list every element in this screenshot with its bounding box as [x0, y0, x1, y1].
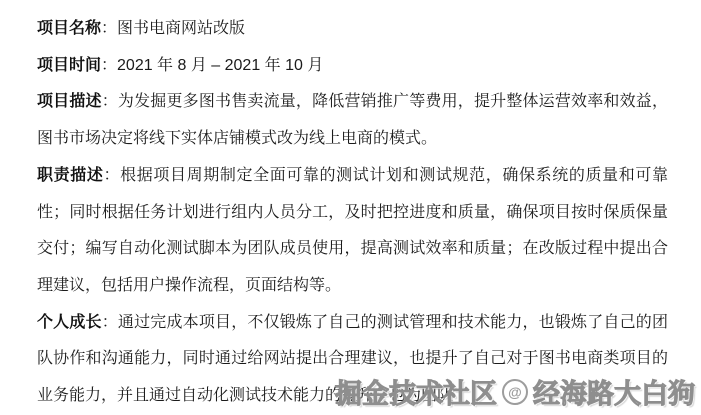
- section-project-time: 项目时间：2021 年 8 月 – 2021 年 10 月: [37, 48, 668, 85]
- section-project-description: 项目描述：为发掘更多图书售卖流量，降低营销推广等费用，提升整体运营效率和效益，图…: [37, 84, 668, 157]
- project-time-label: 项目时间: [37, 57, 101, 74]
- project-name-value: ：图书电商网站改版: [101, 20, 245, 37]
- project-description-value: ：为发掘更多图书售卖流量，降低营销推广等费用，提升整体运营效率和效益，图书市场决…: [37, 93, 668, 147]
- project-time-value: ：2021 年 8 月 – 2021 年 10 月: [101, 57, 323, 74]
- personal-growth-label: 个人成长: [37, 314, 102, 331]
- document-content: 项目名称：图书电商网站改版 项目时间：2021 年 8 月 – 2021 年 1…: [0, 0, 701, 415]
- section-responsibility-description: 职责描述：根据项目周期制定全面可靠的测试计划和测试规范，确保系统的质量和可靠性；…: [37, 158, 668, 305]
- project-description-label: 项目描述: [37, 93, 102, 110]
- personal-growth-value: ：通过完成本项目，不仅锻炼了自己的测试管理和技术能力，也锻炼了自己的团队协作和沟…: [37, 314, 668, 404]
- project-name-label: 项目名称: [37, 20, 101, 37]
- document-page: 项目名称：图书电商网站改版 项目时间：2021 年 8 月 – 2021 年 1…: [0, 0, 701, 415]
- section-project-name: 项目名称：图书电商网站改版: [37, 11, 668, 48]
- responsibility-description-label: 职责描述: [37, 167, 103, 184]
- section-personal-growth: 个人成长：通过完成本项目，不仅锻炼了自己的测试管理和技术能力，也锻炼了自己的团队…: [37, 305, 668, 415]
- responsibility-description-value: ：根据项目周期制定全面可靠的测试计划和测试规范，确保系统的质量和可靠性；同时根据…: [37, 167, 668, 294]
